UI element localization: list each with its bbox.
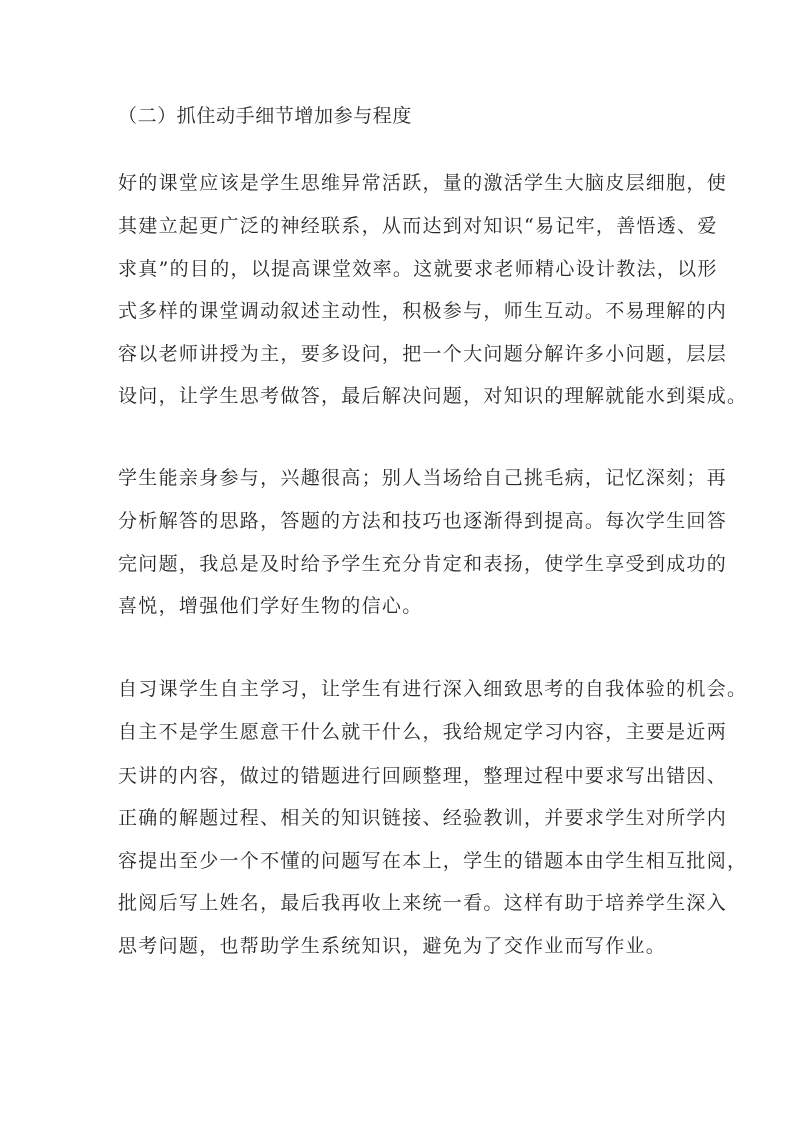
section-heading: （二）抓住动手细节增加参与程度 xyxy=(118,104,412,128)
paragraph-line: 自主不是学生愿意干什么就干什么，我给规定学习内容，主要是近两 xyxy=(118,720,727,744)
paragraph-line: 学生能亲身参与，兴趣很高；别人当场给自己挑毛病，记忆深刻；再 xyxy=(118,466,727,490)
paragraph-line: 批阅后写上姓名，最后我再收上来统一看。这样有助于培养学生深入 xyxy=(118,891,727,915)
paragraph-line: 容提出至少一个不懂的问题写在本上，学生的错题本由学生相互批阅， xyxy=(118,849,747,873)
paragraph-line: 完问题，我总是及时给予学生充分肯定和表扬，使学生享受到成功的 xyxy=(118,552,727,576)
paragraph-line: 思考问题，也帮助学生系统知识，避免为了交作业而写作业。 xyxy=(118,934,666,958)
paragraph-line: 好的课堂应该是学生思维异常活跃，量的激活学生大脑皮层细胞，使 xyxy=(118,171,727,195)
paragraph-line: 设问，让学生思考做答，最后解决问题，对知识的理解就能水到渠成。 xyxy=(118,384,747,408)
paragraph-line: 其建立起更广泛的神经联系，从而达到对知识“易记牢，善悟透、爱 xyxy=(118,214,718,238)
paragraph-line: 分析解答的思路，答题的方法和技巧也逐渐得到提高。每次学生回答 xyxy=(118,509,727,533)
paragraph-line: 自习课学生自主学习，让学生有进行深入细致思考的自我体验的机会。 xyxy=(118,677,747,701)
paragraph-line: 喜悦，增强他们学好生物的信心。 xyxy=(118,594,423,618)
paragraph-line: 容以老师讲授为主，要多设问，把一个大问题分解许多小问题，层层 xyxy=(118,342,727,366)
document-page: （二）抓住动手细节增加参与程度 好的课堂应该是学生思维异常活跃，量的激活学生大脑… xyxy=(0,0,793,1122)
paragraph-line: 天讲的内容，做过的错题进行回顾整理，整理过程中要求写出错因、 xyxy=(118,764,727,788)
paragraph-line: 求真”的目的，以提高课堂效率。这就要求老师精心设计教法，以形 xyxy=(118,257,718,281)
paragraph-line: 正确的解题过程、相关的知识链接、经验教训，并要求学生对所学内 xyxy=(118,806,727,830)
paragraph-line: 式多样的课堂调动叙述主动性，积极参与，师生互动。不易理解的内 xyxy=(118,299,727,323)
